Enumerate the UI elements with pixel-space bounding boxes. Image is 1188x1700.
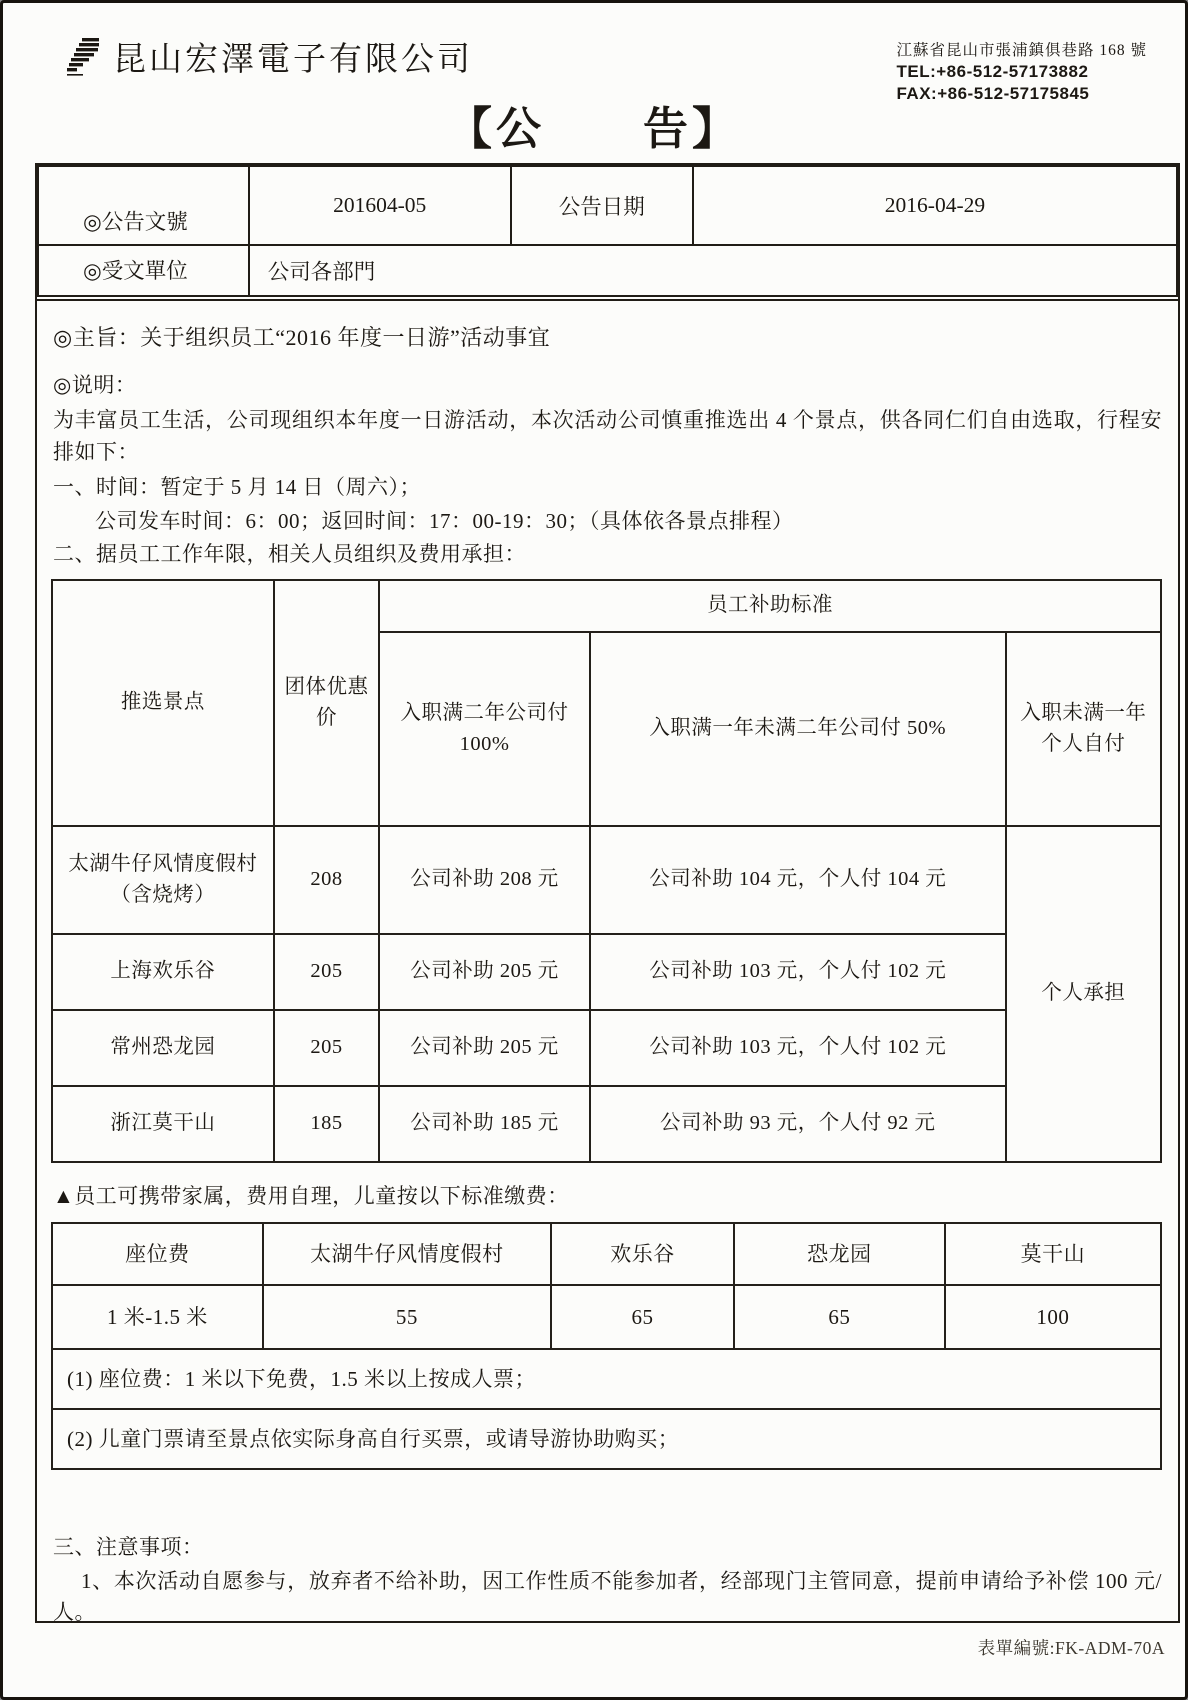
full-subsidy: 公司补助 205 元 bbox=[379, 1010, 590, 1086]
company-fax: FAX:+86-512-57175845 bbox=[896, 83, 1147, 105]
children-note-1: (1) 座位费：1 米以下免费，1.5 米以上按成人票； bbox=[52, 1349, 1161, 1409]
height-range: 1 米-1.5 米 bbox=[52, 1285, 263, 1349]
item2-heading: 二、据员工工作年限，相关人员组织及费用承担： bbox=[53, 539, 1162, 571]
document-body: ◎主旨：关于组织员工“2016 年度一日游”活动事宜 ◎说明： 为丰富员工生活，… bbox=[37, 301, 1178, 1623]
announcement-page: 昆山宏澤電子有限公司 江蘇省昆山市張浦鎮俱巷路 168 號 TEL:+86-51… bbox=[0, 0, 1188, 1700]
self-pay-cell: 个人承担 bbox=[1006, 826, 1161, 1162]
col-header-price: 团体优惠价 bbox=[274, 580, 379, 826]
half-subsidy: 公司补助 104 元，个人付 104 元 bbox=[590, 826, 1006, 934]
col-header-full: 入职满二年公司付 100% bbox=[379, 632, 590, 826]
explanation-label: ◎说明： bbox=[53, 370, 1162, 402]
group-price: 205 bbox=[274, 1010, 379, 1086]
subsidy-header-row-1: 推选景点 团体优惠价 员工补助标准 bbox=[52, 580, 1161, 632]
page-header: 昆山宏澤電子有限公司 江蘇省昆山市張浦鎮俱巷路 168 號 TEL:+86-51… bbox=[3, 3, 1185, 105]
fee-moganshan: 100 bbox=[945, 1285, 1161, 1349]
doc-no-label: ◎公告文號 bbox=[38, 166, 249, 245]
spot-header-moganshan: 莫干山 bbox=[945, 1223, 1161, 1285]
group-price: 208 bbox=[274, 826, 379, 934]
recipient-value: 公司各部門 bbox=[249, 245, 1177, 298]
item1-detail: 公司发车时间：6：00；返回时间：17：00-19：30；（具体依各景点排程） bbox=[95, 506, 1162, 538]
recipient-label: ◎受文單位 bbox=[38, 245, 249, 298]
spot-name: 常州恐龙园 bbox=[52, 1010, 274, 1086]
item3-heading: 三、注意事项： bbox=[53, 1532, 1162, 1564]
group-price: 185 bbox=[274, 1086, 379, 1162]
children-fee-row: 1 米-1.5 米 55 65 65 100 bbox=[52, 1285, 1161, 1349]
col-header-self: 入职未满一年个人自付 bbox=[1006, 632, 1161, 826]
table-row: 太湖牛仔风情度假村（含烧烤） 208 公司补助 208 元 公司补助 104 元… bbox=[52, 826, 1161, 934]
company-header: 昆山宏澤電子有限公司 bbox=[65, 33, 473, 80]
table-row: 上海欢乐谷 205 公司补助 205 元 公司补助 103 元，个人付 102 … bbox=[52, 934, 1161, 1010]
spot-header-taihu: 太湖牛仔风情度假村 bbox=[263, 1223, 551, 1285]
company-address: 江蘇省昆山市張浦鎮俱巷路 168 號 bbox=[896, 41, 1147, 61]
contact-block: 江蘇省昆山市張浦鎮俱巷路 168 號 TEL:+86-512-57173882 … bbox=[896, 33, 1147, 105]
full-subsidy: 公司补助 208 元 bbox=[379, 826, 590, 934]
table-row: 浙江莫干山 185 公司补助 185 元 公司补助 93 元，个人付 92 元 bbox=[52, 1086, 1161, 1162]
spot-name: 浙江莫干山 bbox=[52, 1086, 274, 1162]
date-value: 2016-04-29 bbox=[693, 166, 1177, 245]
half-subsidy: 公司补助 103 元，个人付 102 元 bbox=[590, 934, 1006, 1010]
children-fee-table: 座位费 太湖牛仔风情度假村 欢乐谷 恐龙园 莫干山 1 米-1.5 米 55 6… bbox=[51, 1222, 1162, 1470]
company-logo-icon bbox=[65, 35, 105, 79]
half-subsidy: 公司补助 103 元，个人付 102 元 bbox=[590, 1010, 1006, 1086]
company-name: 昆山宏澤電子有限公司 bbox=[113, 33, 473, 80]
spot-header-dinosaur: 恐龙园 bbox=[734, 1223, 945, 1285]
subsidy-table: 推选景点 团体优惠价 员工补助标准 入职满二年公司付 100% 入职满一年未满二… bbox=[51, 579, 1162, 1163]
children-note-2: (2) 儿童门票请至景点依实际身高自行买票，或请导游协助购买； bbox=[52, 1409, 1161, 1469]
family-note: ▲员工可携带家属，费用自理，儿童按以下标准缴费： bbox=[53, 1181, 1162, 1213]
col-header-spot: 推选景点 bbox=[52, 580, 274, 826]
meta-row-docno: ◎公告文號 201604-05 公告日期 2016-04-29 bbox=[38, 166, 1177, 245]
item1-time: 一、时间：暂定于 5 月 14 日（周六）； bbox=[53, 472, 1162, 504]
spot-name: 上海欢乐谷 bbox=[52, 934, 274, 1010]
children-note-row-2: (2) 儿童门票请至景点依实际身高自行买票，或请导游协助购买； bbox=[52, 1409, 1161, 1469]
spot-name: 太湖牛仔风情度假村（含烧烤） bbox=[52, 826, 274, 934]
fee-taihu: 55 bbox=[263, 1285, 551, 1349]
children-note-row-1: (1) 座位费：1 米以下免费，1.5 米以上按成人票； bbox=[52, 1349, 1161, 1409]
notice-1: 1、本次活动自愿参与，放弃者不给补助，因工作性质不能参加者，经部现门主管同意，提… bbox=[53, 1566, 1162, 1623]
document-frame: ◎公告文號 201604-05 公告日期 2016-04-29 ◎受文單位 公司… bbox=[35, 163, 1180, 1623]
table-row: 常州恐龙园 205 公司补助 205 元 公司补助 103 元，个人付 102 … bbox=[52, 1010, 1161, 1086]
children-header-row: 座位费 太湖牛仔风情度假村 欢乐谷 恐龙园 莫干山 bbox=[52, 1223, 1161, 1285]
subject-line: ◎主旨：关于组织员工“2016 年度一日游”活动事宜 bbox=[53, 321, 1162, 354]
form-number: 表單編號:FK-ADM-70A bbox=[3, 1623, 1185, 1660]
company-tel: TEL:+86-512-57173882 bbox=[896, 61, 1147, 83]
fee-dinosaur: 65 bbox=[734, 1285, 945, 1349]
doc-no-value: 201604-05 bbox=[249, 166, 511, 245]
spot-header-happyvalley: 欢乐谷 bbox=[551, 1223, 734, 1285]
meta-table: ◎公告文號 201604-05 公告日期 2016-04-29 ◎受文單位 公司… bbox=[37, 165, 1178, 301]
full-subsidy: 公司补助 185 元 bbox=[379, 1086, 590, 1162]
meta-row-recipient: ◎受文單位 公司各部門 bbox=[38, 245, 1177, 298]
intro-paragraph: 为丰富员工生活，公司现组织本年度一日游活动，本次活动公司慎重推选出 4 个景点，… bbox=[53, 405, 1162, 468]
date-label: 公告日期 bbox=[511, 166, 693, 245]
col-header-standard: 员工补助标准 bbox=[379, 580, 1161, 632]
full-subsidy: 公司补助 205 元 bbox=[379, 934, 590, 1010]
fee-happyvalley: 65 bbox=[551, 1285, 734, 1349]
col-header-half: 入职满一年未满二年公司付 50% bbox=[590, 632, 1006, 826]
document-title: 【公 告】 bbox=[3, 105, 1185, 155]
seat-fee-header: 座位费 bbox=[52, 1223, 263, 1285]
half-subsidy: 公司补助 93 元，个人付 92 元 bbox=[590, 1086, 1006, 1162]
group-price: 205 bbox=[274, 934, 379, 1010]
